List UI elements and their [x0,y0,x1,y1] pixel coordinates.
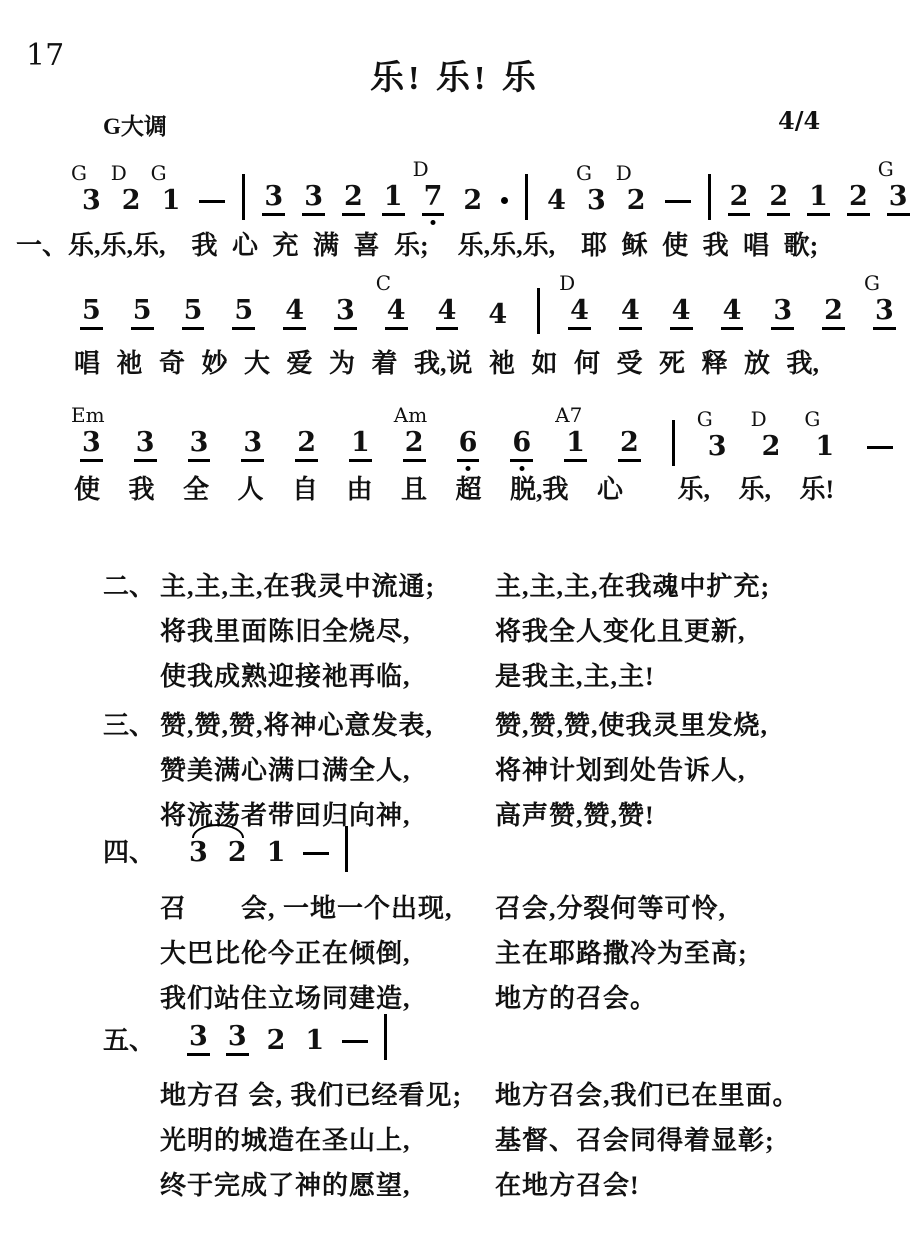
note-3: 3 [262,182,285,216]
verse-5-left-row-1: 地方召 会, 我们已经看见; [160,1075,462,1112]
lyric-line-2: 唱 祂 奇 妙 大 爱 为 着 我,说 祂 如 何 受 死 释 放 我, [74,343,819,380]
note-4: 4 [436,296,459,330]
note-2: 2 [226,838,249,868]
note-2: 2 [847,182,870,216]
note-2: 2 [728,182,751,216]
barline [345,826,348,872]
verse-2-left-row-3: 使我成熟迎接祂再临, [160,656,411,693]
note-4: 4D [568,296,591,330]
verse-4-snippet: 四、 321 [103,826,348,868]
hymn-title: 乐! 乐! 乐 [0,50,910,99]
verse-5-left-row-2: 光明的城造在圣山上, [160,1120,411,1157]
note-2: 2D [760,432,783,462]
note-3: 3 [241,428,264,462]
chord-Am: Am [394,405,427,425]
verse-5-label: 五、 [103,1026,155,1056]
barline [384,1014,387,1060]
barline [672,420,675,466]
note-3: 3 [134,428,157,462]
verse-4-left-row-1: 召 会, 一地一个出现, [160,888,453,925]
note-4: 4 [670,296,693,330]
verse-4-left-row-3: 我们站住立场同建造, [160,978,411,1015]
verse-4-left-row-2: 大巴比伦今正在倾倒, [160,933,411,970]
chord-G: G [878,159,894,179]
held-note-dash [199,200,225,203]
note-6: 6 [510,428,533,462]
verse-4-right-row-1: 召会,分裂何等可怜, [495,888,726,925]
chord-G: G [697,409,713,429]
chord-C: C [376,273,391,293]
note-1: 1G [813,432,836,462]
note-3: 3 [187,838,210,868]
verse-5-snippet: 五、 3321 [103,1014,387,1056]
music-line-3: 3Em333212Am661A723G2D1G [80,420,910,462]
music-line-1: 3G2D1G33217D243G2D22123G1 [80,174,910,216]
chord-G: G [576,163,592,183]
note-4: 4 [721,296,744,330]
note-2: 2Am [403,428,426,462]
held-note-dash [303,852,329,855]
note-2: 2 [342,182,365,216]
chord-D: D [559,273,575,293]
note-3: 3Em [80,428,103,462]
verse-2-left-row-1: 主,主,主,在我灵中流通; [160,566,435,603]
held-note-dash [342,1040,368,1043]
note-3: 3 [334,296,357,330]
note-6: 6 [457,428,480,462]
note-3: 3G [585,186,608,216]
note-2: 2 [295,428,318,462]
chord-G: G [71,163,87,183]
note-4: 4 [619,296,642,330]
verse-3-left-row-1: 赞,赞,赞,将神心意发表, [160,705,433,742]
chord-D: D [616,163,632,183]
verse-5-right-row-2: 基督、召会同得着显彰; [495,1120,775,1157]
verse-3-right-row-2: 将神计划到处告诉人, [495,750,746,787]
tie-arc-group: 32 [187,838,249,868]
note-3: 3G [887,182,910,216]
chord-D: D [413,159,429,179]
barline [708,174,711,220]
note-4: 4 [486,300,509,330]
chord-A7: A7 [555,405,582,425]
held-note-dash [867,446,893,449]
verse-5-right-row-3: 在地方召会! [495,1165,640,1202]
note-2: 2 [822,296,845,330]
chord-G: G [804,409,820,429]
verse-3-right-row-1: 赞,赞,赞,使我灵里发烧, [495,705,768,742]
note-2: 2 [461,186,484,216]
time-signature: 4/4 [778,106,820,135]
note-5: 5 [232,296,255,330]
note-3: 3G [873,296,896,330]
note-3: 3G [706,432,729,462]
note-1: 1 [382,182,405,216]
note-4: 4 [283,296,306,330]
note-1: 1G [160,186,183,216]
note-3: 3 [188,428,211,462]
verse-4-right-row-3: 地方的召会。 [495,978,657,1015]
verse-2-left-row-2: 将我里面陈旧全烧尽, [160,611,411,648]
note-3: 3G [80,186,103,216]
note-1: 1 [807,182,830,216]
chord-D: D [751,409,767,429]
verse-5-right-row-1: 地方召会,我们已在里面。 [495,1075,800,1112]
note-5: 5 [131,296,154,330]
barline [525,174,528,220]
music-line-2: 5555434C444D444323G33 [80,288,910,330]
chord-G: G [151,163,167,183]
note-3: 3 [187,1022,210,1056]
note-5: 5 [80,296,103,330]
note-1: 1A7 [564,428,587,462]
barline [537,288,540,334]
note-3: 3 [226,1022,249,1056]
note-1: 1 [349,428,372,462]
key-signature: G大调 [103,108,167,141]
augmentation-dot [501,197,508,204]
verse-3-right-row-3: 高声赞,赞,赞! [495,795,655,832]
note-2: 2D [625,186,648,216]
note-4: 4C [385,296,408,330]
verse-4-right-row-2: 主在耶路撒冷为至高; [495,933,748,970]
note-2: 2 [618,428,641,462]
verse-2-right-row-1: 主,主,主,在我魂中扩充; [495,566,770,603]
note-3: 3 [302,182,325,216]
lyric-line-1: 一、乐,乐,乐, 我 心 充 满 喜 乐; 乐,乐,乐, 耶 稣 使 我 唱 歌… [16,225,818,262]
note-4: 4 [545,186,568,216]
barline [242,174,245,220]
verse-3-label: 三、 [103,705,155,742]
verse-5-left-row-3: 终于完成了神的愿望, [160,1165,411,1202]
verse-3-left-row-2: 赞美满心满口满全人, [160,750,411,787]
verse-2-label: 二、 [103,566,155,603]
verse-4-notes: 321 [187,826,348,868]
chord-Em: Em [71,405,105,425]
hymn-sheet-page: 17 乐! 乐! 乐 G大调 4/4 3G2D1G33217D243G2D221… [0,0,910,1260]
note-1: 1 [265,838,288,868]
note-2: 2D [120,186,143,216]
note-2: 2 [265,1026,288,1056]
verse-2-right-row-2: 将我全人变化且更新, [495,611,746,648]
verse-5-notes: 3321 [187,1014,387,1056]
verse-4-label: 四、 [103,838,155,868]
chord-G: G [864,273,880,293]
note-7: 7D [422,182,445,216]
lyric-line-3: 使 我 全 人 自 由 且 超 脱,我 心 乐, 乐, 乐! [74,469,834,506]
held-note-dash [665,200,691,203]
chord-D: D [111,163,127,183]
note-1: 1 [303,1026,326,1056]
note-3: 3 [771,296,794,330]
note-2: 2 [767,182,790,216]
verse-2-right-row-3: 是我主,主,主! [495,656,655,693]
note-5: 5 [182,296,205,330]
